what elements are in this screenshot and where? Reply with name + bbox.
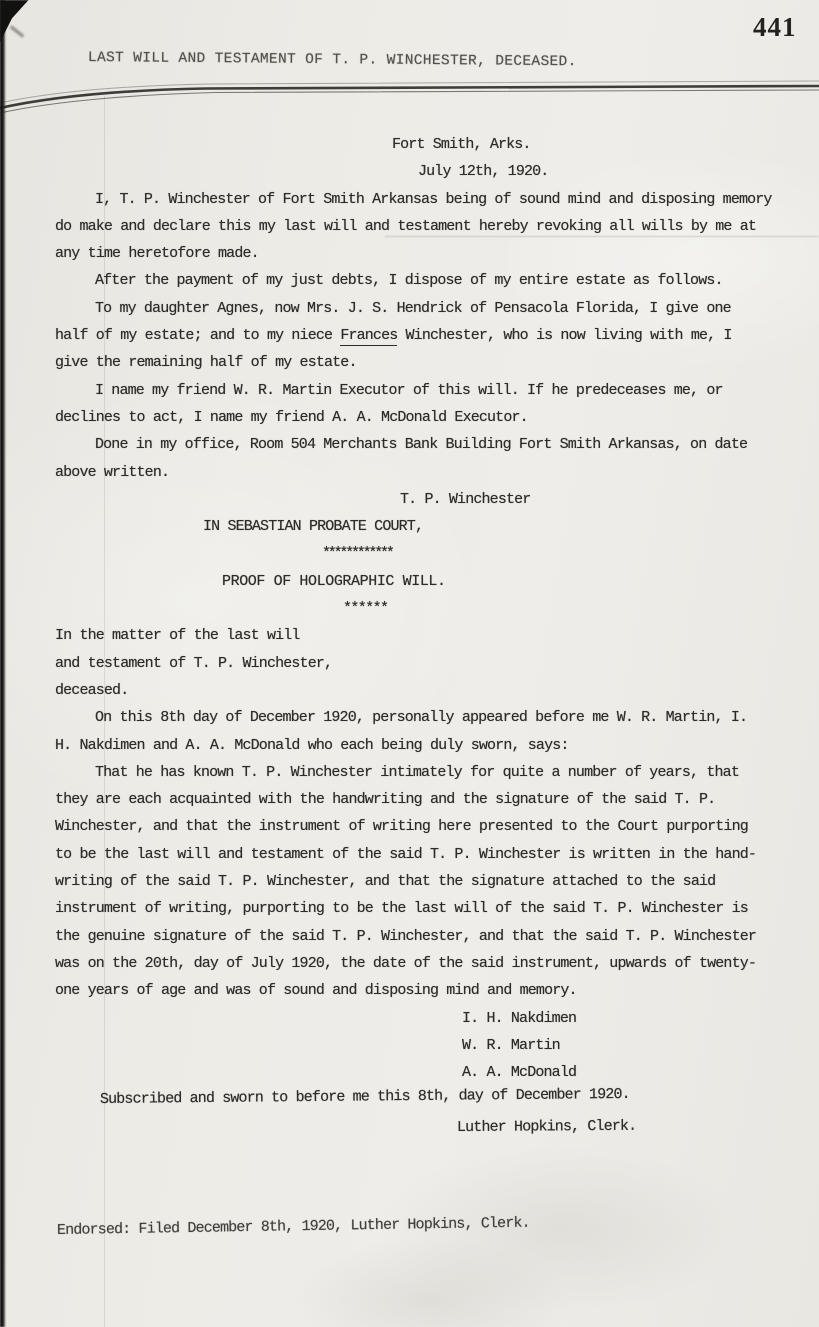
caption-line: and testament of T. P. Winchester,: [55, 655, 795, 682]
caption-line: deceased.: [55, 682, 795, 709]
endorsement-line: Endorsed: Filed December 8th, 1920, Luth…: [57, 1215, 530, 1239]
will-line: declines to act, I name my friend A. A. …: [55, 409, 795, 436]
proceeding-title: PROOF OF HOLOGRAPHIC WILL.: [222, 573, 795, 600]
will-line: To my daughter Agnes, now Mrs. J. S. Hen…: [55, 300, 795, 327]
will-line: After the payment of my just debts, I di…: [55, 272, 795, 299]
dateline-place: Fort Smith, Arks.: [392, 136, 795, 163]
probate-line: That he has known T. P. Winchester intim…: [55, 764, 795, 791]
will-line: give the remaining half of my estate.: [55, 354, 795, 381]
caption-line: In the matter of the last will: [55, 627, 795, 654]
will-line-post: Winchester, who is now living with me, I: [397, 327, 731, 344]
dateline-date: July 12th, 1920.: [418, 163, 795, 190]
probate-line: Winchester, and that the instrument of w…: [55, 818, 795, 845]
will-line-with-underline: half of my estate; and to my niece Franc…: [55, 327, 795, 354]
will-line: I, T. P. Winchester of Fort Smith Arkans…: [55, 191, 795, 218]
probate-line: the genuine signature of the said T. P. …: [55, 928, 795, 955]
page-number: 441: [753, 12, 797, 43]
will-line: I name my friend W. R. Martin Executor o…: [55, 382, 795, 409]
probate-line: was on the 20th, day of July 1920, the d…: [55, 955, 795, 982]
probate-line: instrument of writing, purporting to be …: [55, 900, 795, 927]
asterisk-divider: ******: [343, 600, 795, 627]
scan-edge-artifact: [0, 0, 6, 1327]
will-line-pre: half of my estate; and to my niece: [55, 327, 340, 344]
document-body: Fort Smith, Arks. July 12th, 1920. I, T.…: [55, 136, 795, 1146]
probate-court-heading: IN SEBASTIAN PROBATE COURT,: [203, 518, 795, 545]
scan-corner-artifact: [0, 0, 46, 54]
will-line: Done in my office, Room 504 Merchants Ba…: [55, 436, 795, 463]
probate-line: writing of the said T. P. Winchester, an…: [55, 873, 795, 900]
clerk-signature: Luther Hopkins, Clerk.: [457, 1116, 795, 1146]
underlined-name: Frances: [340, 327, 397, 346]
document-title: LAST WILL AND TESTAMENT OF T. P. WINCHES…: [88, 50, 577, 70]
probate-line: On this 8th day of December 1920, person…: [55, 709, 795, 736]
header-rule-line: [0, 70, 819, 120]
asterisk-divider: ************: [322, 545, 795, 572]
probate-line: they are each acquainted with the handwr…: [55, 791, 795, 818]
will-line: any time heretofore made.: [55, 245, 795, 272]
jurat-line: Subscribed and sworn to before me this 8…: [100, 1085, 795, 1119]
will-line: do make and declare this my last will an…: [55, 218, 795, 245]
witness-signature: W. R. Martin: [462, 1037, 795, 1064]
scan-corner-streak: [10, 25, 24, 37]
testator-signature: T. P. Winchester: [400, 491, 795, 518]
probate-line: to be the last will and testament of the…: [55, 846, 795, 873]
scanned-document-page: 441 LAST WILL AND TESTAMENT OF T. P. WIN…: [0, 0, 819, 1327]
witness-signature: I. H. Nakdimen: [462, 1010, 795, 1037]
will-line: above written.: [55, 464, 795, 491]
probate-line: one years of age and was of sound and di…: [55, 982, 795, 1009]
probate-line: H. Nakdimen and A. A. McDonald who each …: [55, 737, 795, 764]
